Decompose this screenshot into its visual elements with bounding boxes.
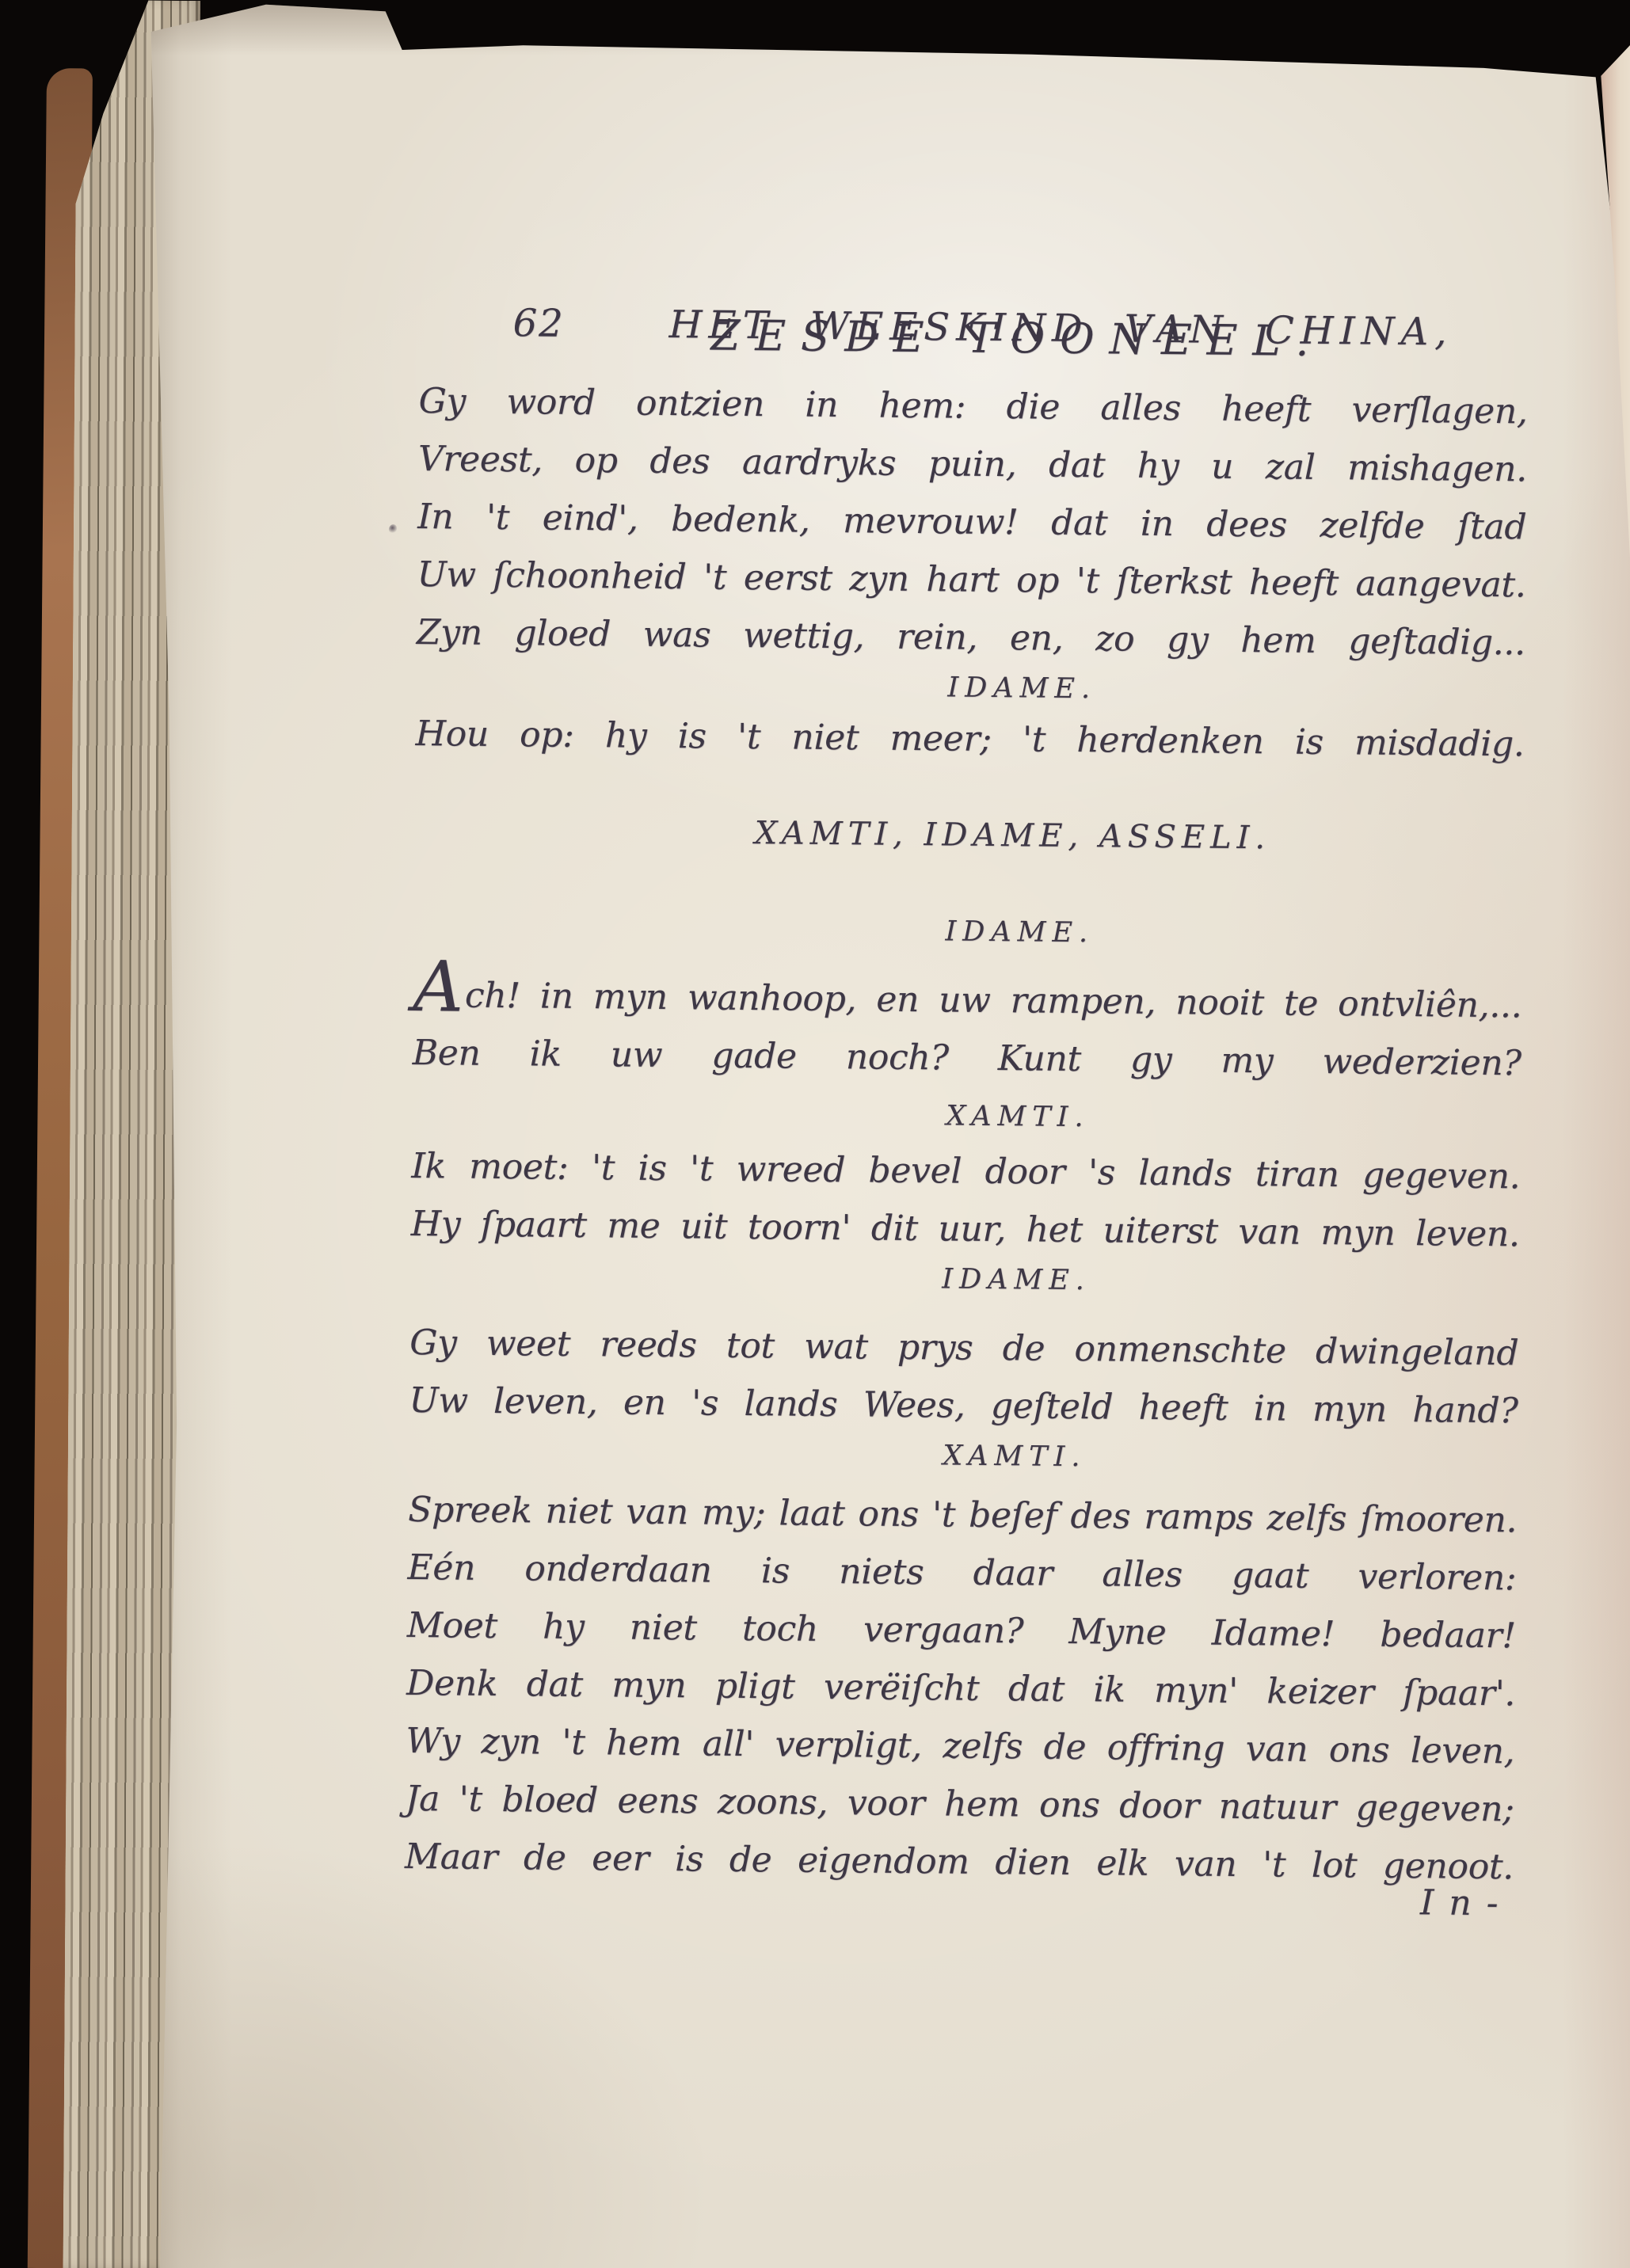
ink-speck: [387, 523, 398, 535]
page-body-text: Gy word ontzien in hem: die alles heeft …: [405, 372, 1528, 1896]
printed-text-area: 62 HET WEESKIND VAN CHINA, Gy word ontzi…: [404, 293, 1529, 1927]
book-page: 62 HET WEESKIND VAN CHINA, Gy word ontzi…: [145, 0, 1630, 2268]
book-photo: 62 HET WEESKIND VAN CHINA, Gy word ontzi…: [44, 0, 1630, 2268]
